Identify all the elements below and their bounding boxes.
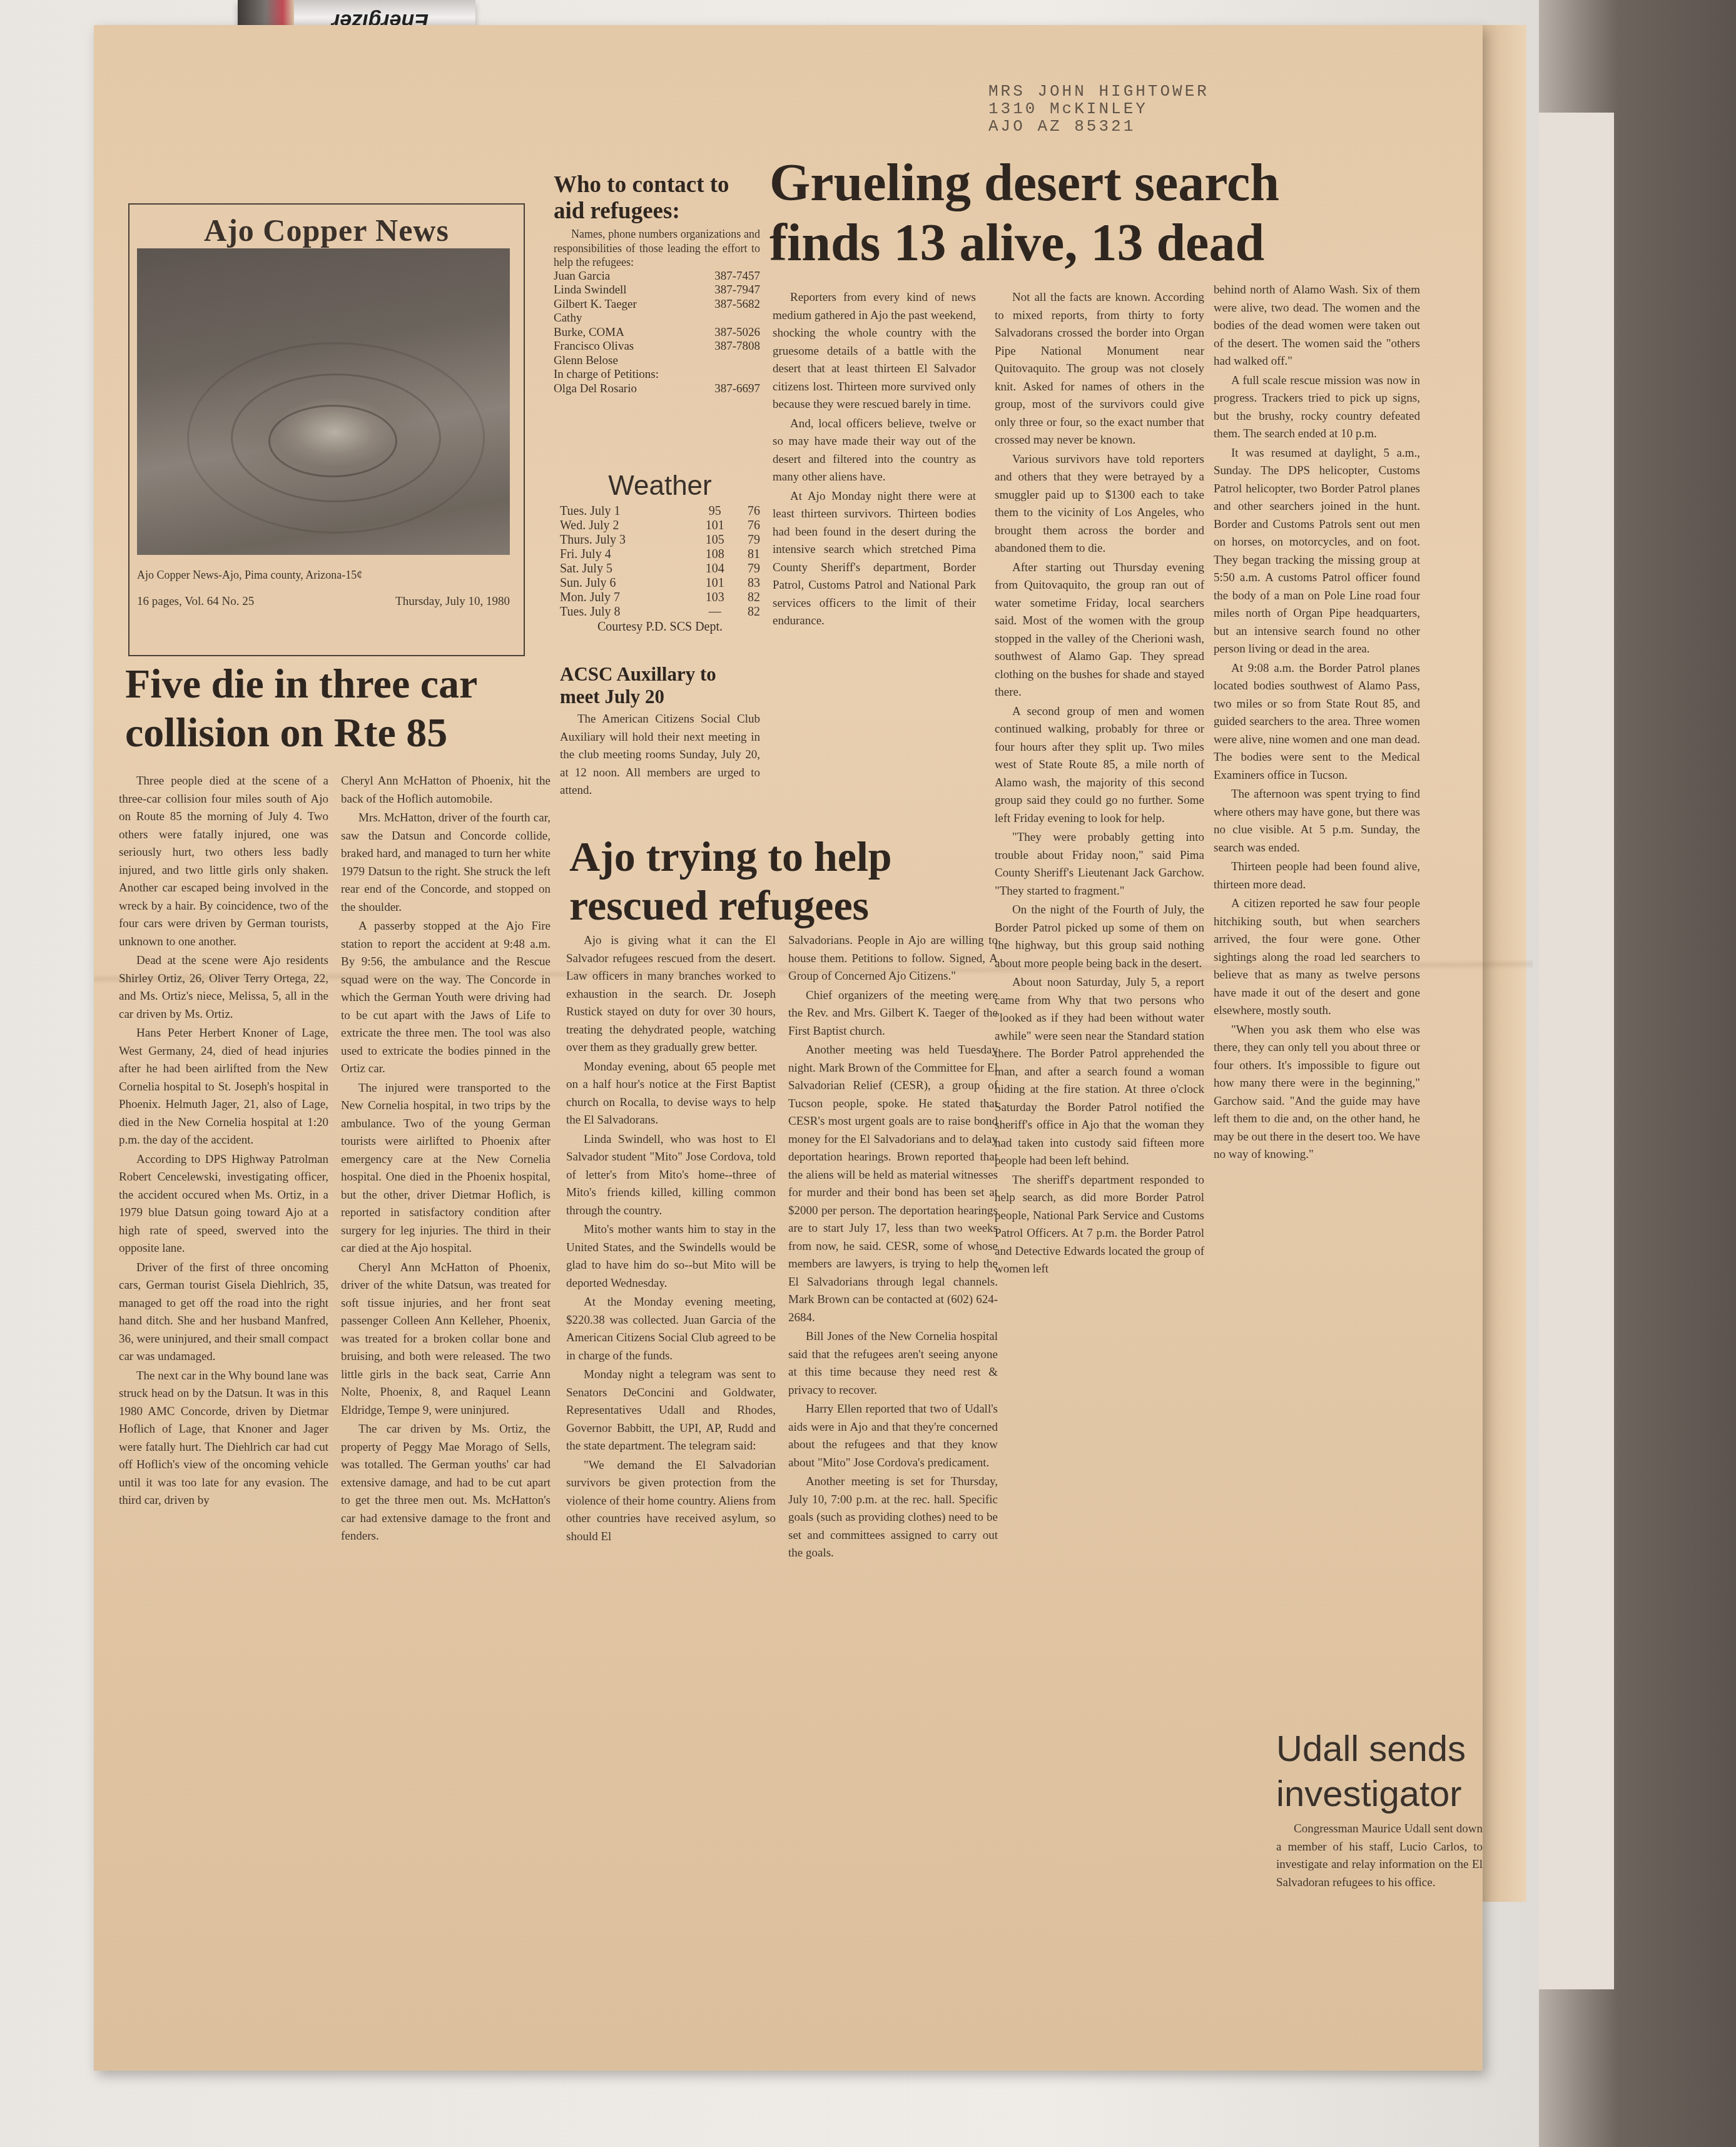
udall-headline-line1: Udall sends	[1276, 1727, 1483, 1772]
refugees-headline-line1: Ajo trying to help	[569, 832, 1007, 881]
search-column-2: Not all the facts are known. According t…	[995, 289, 1204, 1279]
search-column-3: behind north of Alamo Wash. Six of them …	[1214, 282, 1420, 1164]
paragraph: The American Citizens Social Club Auxili…	[560, 711, 760, 800]
contacts-list: Juan Garcia387-7457 Linda Swindell387-79…	[554, 270, 760, 397]
paragraph: The car driven by Ms. Ortiz, the propert…	[341, 1421, 551, 1546]
weather-day: Mon. July 7	[560, 591, 696, 605]
weather-low: 83	[734, 576, 760, 591]
paragraph: Ajo is giving what it can the El Salvado…	[566, 932, 776, 1057]
acsc-body: The American Citizens Social Club Auxili…	[560, 711, 760, 800]
collision-column-1: Three people died at the scene of a thre…	[119, 773, 328, 1510]
masthead-volume: 16 pages, Vol. 64 No. 25	[137, 595, 254, 609]
contact-row: Francisco Olivas387-7808	[554, 340, 760, 354]
masthead: Ajo Copper News Ajo Copper News-Ajo, Pim…	[128, 203, 525, 656]
paragraph: About noon Saturday, July 5, a report ca…	[995, 974, 1204, 1170]
paragraph: Monday night a telegram was sent to Sena…	[566, 1366, 776, 1456]
contact-phone: 387-7947	[714, 283, 760, 298]
paragraph: According to DPS Highway Patrolman Rober…	[119, 1151, 328, 1258]
background-shadow	[1539, 0, 1736, 2147]
paragraph: Monday evening, about 65 people met on a…	[566, 1058, 776, 1130]
contact-phone: 387-6697	[714, 382, 760, 397]
refugees-headline-line2: rescued refugees	[569, 881, 1007, 930]
paragraph: Driver of the first of three oncoming ca…	[119, 1259, 328, 1366]
mailing-label-line2: 1310 McKINLEY	[988, 100, 1314, 118]
refugees-column-1: Ajo is giving what it can the El Salvado…	[566, 932, 776, 1546]
weather-high: 103	[696, 591, 734, 605]
paragraph: Chief organizers of the meeting were the…	[788, 987, 998, 1041]
contact-row: Burke, COMA387-5026	[554, 326, 760, 340]
paragraph: Congressman Maurice Udall sent down a me…	[1276, 1820, 1483, 1892]
paragraph: The afternoon was spent trying to find w…	[1214, 786, 1420, 857]
paragraph: Reporters from every kind of news medium…	[773, 289, 976, 414]
paragraph: Three people died at the scene of a thre…	[119, 773, 328, 951]
weather-high: —	[696, 605, 734, 619]
weather-day: Wed. July 2	[560, 519, 696, 533]
contact-name: Gilbert K. Taeger	[554, 298, 637, 312]
paragraph: After starting out Thursday evening from…	[995, 559, 1204, 702]
weather-low: 82	[734, 605, 760, 619]
weather-low: 79	[734, 533, 760, 547]
weather-day: Sat. July 5	[560, 562, 696, 576]
refugees-column-2: Salvadorians. People in Ajo are willing …	[788, 932, 998, 1563]
search-headline-line1: Grueling desert search	[769, 153, 1370, 213]
contact-name: Glenn Belose	[554, 354, 618, 368]
paragraph: The sheriff's department responded to he…	[995, 1172, 1204, 1279]
contact-name: Burke, COMA	[554, 326, 624, 340]
contact-name: In charge of Petitions:	[554, 368, 659, 382]
contact-name: Linda Swindell	[554, 283, 627, 298]
weather-high: 105	[696, 533, 734, 547]
paragraph: Not all the facts are known. According t…	[995, 289, 1204, 450]
paragraph: Another meeting is set for Thursday, Jul…	[788, 1473, 998, 1563]
weather-day: Sun. July 6	[560, 576, 696, 591]
paragraph: Harry Ellen reported that two of Udall's…	[788, 1401, 998, 1472]
weather-low: 76	[734, 519, 760, 533]
weather-high: 101	[696, 519, 734, 533]
udall-article: Udall sends investigator Congressman Mau…	[1276, 1727, 1483, 1892]
paragraph: At 9:08 a.m. the Border Patrol planes lo…	[1214, 660, 1420, 785]
weather-credit: Courtesy P.D. SCS Dept.	[560, 619, 760, 634]
weather-day: Tues. July 1	[560, 504, 696, 519]
contact-phone: 387-7808	[714, 340, 760, 354]
paragraph: A full scale rescue mission was now in p…	[1214, 372, 1420, 444]
weather-row: Wed. July 210176	[560, 519, 760, 533]
weather-row: Fri. July 410881	[560, 547, 760, 562]
weather-row: Sat. July 510479	[560, 562, 760, 576]
weather-day: Thurs. July 3	[560, 533, 696, 547]
weather-high: 108	[696, 547, 734, 562]
collision-column-2: Cheryl Ann McHatton of Phoenix, hit the …	[341, 773, 551, 1546]
masthead-info-line: Ajo Copper News-Ajo, Pima county, Arizon…	[137, 569, 362, 582]
refugees-headline: Ajo trying to help rescued refugees	[569, 832, 1007, 930]
contact-name: Juan Garcia	[554, 270, 610, 284]
contact-row: Juan Garcia387-7457	[554, 270, 760, 284]
udall-headline: Udall sends investigator	[1276, 1727, 1483, 1817]
contacts-intro-text: Names, phone numbers organizations and r…	[554, 227, 760, 270]
contacts-intro: Names, phone numbers organizations and r…	[554, 227, 760, 270]
weather-row: Thurs. July 310579	[560, 533, 760, 547]
weather-table: Tues. July 19576 Wed. July 210176 Thurs.…	[560, 504, 760, 619]
paragraph: Another meeting was held Tuesday night. …	[788, 1042, 998, 1327]
weather-low: 82	[734, 591, 760, 605]
paragraph: At the Monday evening meeting, $220.38 w…	[566, 1294, 776, 1365]
paragraph: Cheryl Ann McHatton of Phoenix, hit the …	[341, 773, 551, 808]
contact-row: Olga Del Rosario387-6697	[554, 382, 760, 397]
search-headline-line2: finds 13 alive, 13 dead	[769, 213, 1370, 273]
search-headline: Grueling desert search finds 13 alive, 1…	[769, 153, 1370, 273]
udall-headline-line2: investigator	[1276, 1772, 1483, 1817]
contact-phone: 387-5026	[714, 326, 760, 340]
search-column-1: Reporters from every kind of news medium…	[773, 289, 976, 631]
paragraph: It was resumed at daylight, 5 a.m., Sund…	[1214, 445, 1420, 659]
collision-headline: Five die in three car collision on Rte 8…	[125, 660, 551, 758]
weather-high: 101	[696, 576, 734, 591]
paragraph: Various survivors have told reporters an…	[995, 451, 1204, 558]
mailing-label: MRS JOHN HIGHTOWER 1310 McKINLEY AJO AZ …	[988, 83, 1314, 135]
contact-row: Linda Swindell387-7947	[554, 283, 760, 298]
paragraph: behind north of Alamo Wash. Six of them …	[1214, 282, 1420, 371]
contact-row: Cathy	[554, 312, 760, 326]
paragraph: Mrs. McHatton, driver of the fourth car,…	[341, 810, 551, 916]
weather-title: Weather	[560, 470, 760, 502]
paragraph: Linda Swindell, who was host to El Salva…	[566, 1131, 776, 1221]
weather-high: 95	[696, 504, 734, 519]
contacts-headline: Who to contact to aid refugees:	[554, 172, 760, 225]
weather-row: Sun. July 610183	[560, 576, 760, 591]
paragraph: "They were probably getting into trouble…	[995, 829, 1204, 900]
paragraph: Dead at the scene were Ajo residents Shi…	[119, 952, 328, 1023]
paragraph: "When you ask them who else was there, t…	[1214, 1022, 1420, 1164]
paragraph: Mito's mother wants him to stay in the U…	[566, 1221, 776, 1292]
contact-name: Cathy	[554, 312, 582, 326]
weather-box: Weather Tues. July 19576 Wed. July 21017…	[560, 470, 760, 634]
paragraph: Cheryl Ann McHatton of Phoenix, driver o…	[341, 1259, 551, 1420]
masthead-date: Thursday, July 10, 1980	[395, 595, 510, 609]
paragraph: A citizen reported he saw four people hi…	[1214, 895, 1420, 1020]
paragraph: The injured were transported to the New …	[341, 1080, 551, 1258]
collision-headline-line2: collision on Rte 85	[125, 709, 551, 758]
contact-name: Olga Del Rosario	[554, 382, 637, 397]
mailing-label-line1: MRS JOHN HIGHTOWER	[988, 83, 1314, 100]
paragraph: A passerby stopped at the Ajo Fire stati…	[341, 918, 551, 1079]
weather-row: Tues. July 19576	[560, 504, 760, 519]
weather-low: 81	[734, 547, 760, 562]
acsc-article: ACSC Auxillary to meet July 20 The Ameri…	[560, 663, 760, 800]
weather-high: 104	[696, 562, 734, 576]
contact-row: Gilbert K. Taeger387-5682	[554, 298, 760, 312]
paper-stack-edge	[1539, 113, 1614, 1989]
paragraph: The next car in the Why bound lane was s…	[119, 1368, 328, 1510]
contact-row: Glenn Belose	[554, 354, 760, 368]
paragraph: A second group of men and women continue…	[995, 703, 1204, 828]
acsc-headline: ACSC Auxillary to meet July 20	[560, 663, 760, 708]
paragraph: Thirteen people had been found alive, th…	[1214, 858, 1420, 894]
paragraph: Salvadorians. People in Ajo are willing …	[788, 932, 998, 986]
weather-day: Fri. July 4	[560, 547, 696, 562]
masthead-issue-line: 16 pages, Vol. 64 No. 25 Thursday, July …	[137, 595, 510, 609]
contact-phone: 387-5682	[714, 298, 760, 312]
udall-body: Congressman Maurice Udall sent down a me…	[1276, 1820, 1483, 1892]
mailing-label-line3: AJO AZ 85321	[988, 118, 1314, 135]
paragraph: And, local officers believe, twelve or s…	[773, 415, 976, 487]
weather-day: Tues. July 8	[560, 605, 696, 619]
contact-name: Francisco Olivas	[554, 340, 634, 354]
contacts-box: Who to contact to aid refugees: Names, p…	[554, 172, 760, 396]
contact-row: In charge of Petitions:	[554, 368, 760, 382]
masthead-title: Ajo Copper News	[129, 212, 524, 248]
paragraph: At Ajo Monday night there were at least …	[773, 488, 976, 631]
contact-phone: 387-7457	[714, 270, 760, 284]
weather-row: Mon. July 710382	[560, 591, 760, 605]
paragraph: Bill Jones of the New Cornelia hospital …	[788, 1328, 998, 1399]
weather-row: Tues. July 8—82	[560, 605, 760, 619]
weather-low: 76	[734, 504, 760, 519]
paragraph: On the night of the Fourth of July, the …	[995, 901, 1204, 973]
collision-headline-line1: Five die in three car	[125, 660, 551, 709]
paragraph: "We demand the El Salvadorian survivors …	[566, 1457, 776, 1546]
paragraph: Hans Peter Herbert Knoner of Lage, West …	[119, 1025, 328, 1150]
weather-low: 79	[734, 562, 760, 576]
masthead-photo	[137, 248, 510, 555]
